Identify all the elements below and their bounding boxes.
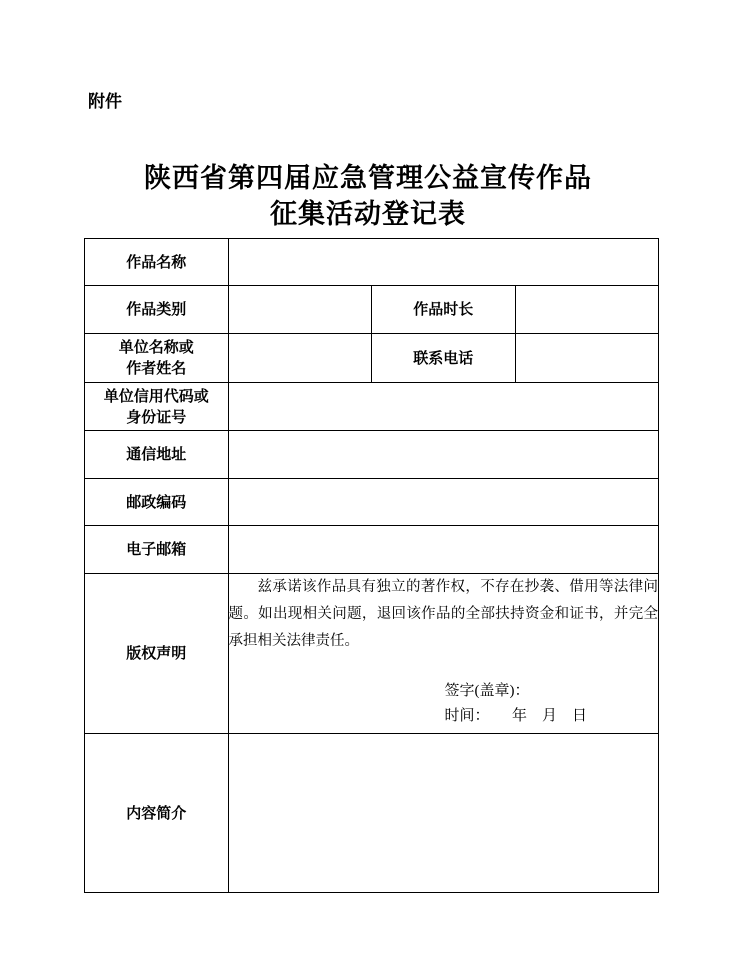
row-credit-code-or-id: 单位信用代码或 身份证号: [85, 383, 659, 431]
row-content-summary: 内容简介: [85, 734, 659, 893]
field-work-title[interactable]: [228, 239, 659, 286]
label-work-category: 作品类别: [85, 286, 229, 334]
field-contact-phone[interactable]: [515, 334, 659, 383]
date-line[interactable]: 时间： 年 月 日: [445, 704, 659, 729]
label-unit-or-author-name: 单位名称或 作者姓名: [85, 334, 229, 383]
field-work-duration[interactable]: [515, 286, 659, 334]
field-content-summary[interactable]: [228, 734, 659, 893]
row-email: 电子邮箱: [85, 526, 659, 574]
copyright-statement-cell: 兹承诺该作品具有独立的著作权，不存在抄袭、借用等法律问题。如出现相关问题，退回该…: [228, 574, 659, 734]
title-line-2: 征集活动登记表: [0, 196, 736, 232]
label-work-duration: 作品时长: [372, 286, 516, 334]
row-work-title: 作品名称: [85, 239, 659, 286]
label-mailing-address: 通信地址: [85, 431, 229, 479]
registration-form-table: 作品名称 作品类别 作品时长 单位名称或 作者姓名 联系电话 单位信用代码或 身…: [84, 238, 659, 893]
field-email[interactable]: [228, 526, 659, 574]
label-email: 电子邮箱: [85, 526, 229, 574]
row-category-duration: 作品类别 作品时长: [85, 286, 659, 334]
label-copyright-statement: 版权声明: [85, 574, 229, 734]
title-line-1: 陕西省第四届应急管理公益宣传作品: [0, 160, 736, 196]
field-mailing-address[interactable]: [228, 431, 659, 479]
page-title: 陕西省第四届应急管理公益宣传作品 征集活动登记表: [0, 160, 736, 232]
attachment-label: 附件: [88, 91, 122, 113]
label-postal-code: 邮政编码: [85, 479, 229, 526]
signature-block: 签字(盖章)： 时间： 年 月 日: [445, 679, 659, 729]
row-name-phone: 单位名称或 作者姓名 联系电话: [85, 334, 659, 383]
field-credit-code-or-id[interactable]: [228, 383, 659, 431]
row-postal-code: 邮政编码: [85, 479, 659, 526]
label-credit-code-or-id: 单位信用代码或 身份证号: [85, 383, 229, 431]
label-contact-phone: 联系电话: [372, 334, 516, 383]
row-copyright-statement: 版权声明 兹承诺该作品具有独立的著作权，不存在抄袭、借用等法律问题。如出现相关问…: [85, 574, 659, 734]
copyright-statement-text: 兹承诺该作品具有独立的著作权，不存在抄袭、借用等法律问题。如出现相关问题，退回该…: [229, 574, 659, 655]
label-work-title: 作品名称: [85, 239, 229, 286]
field-unit-or-author-name[interactable]: [228, 334, 372, 383]
document-page: 附件 陕西省第四届应急管理公益宣传作品 征集活动登记表 作品名称 作品类别 作品…: [0, 0, 736, 962]
field-work-category[interactable]: [228, 286, 372, 334]
row-mailing-address: 通信地址: [85, 431, 659, 479]
label-content-summary: 内容简介: [85, 734, 229, 893]
signature-seal-line[interactable]: 签字(盖章)：: [445, 679, 659, 704]
field-postal-code[interactable]: [228, 479, 659, 526]
